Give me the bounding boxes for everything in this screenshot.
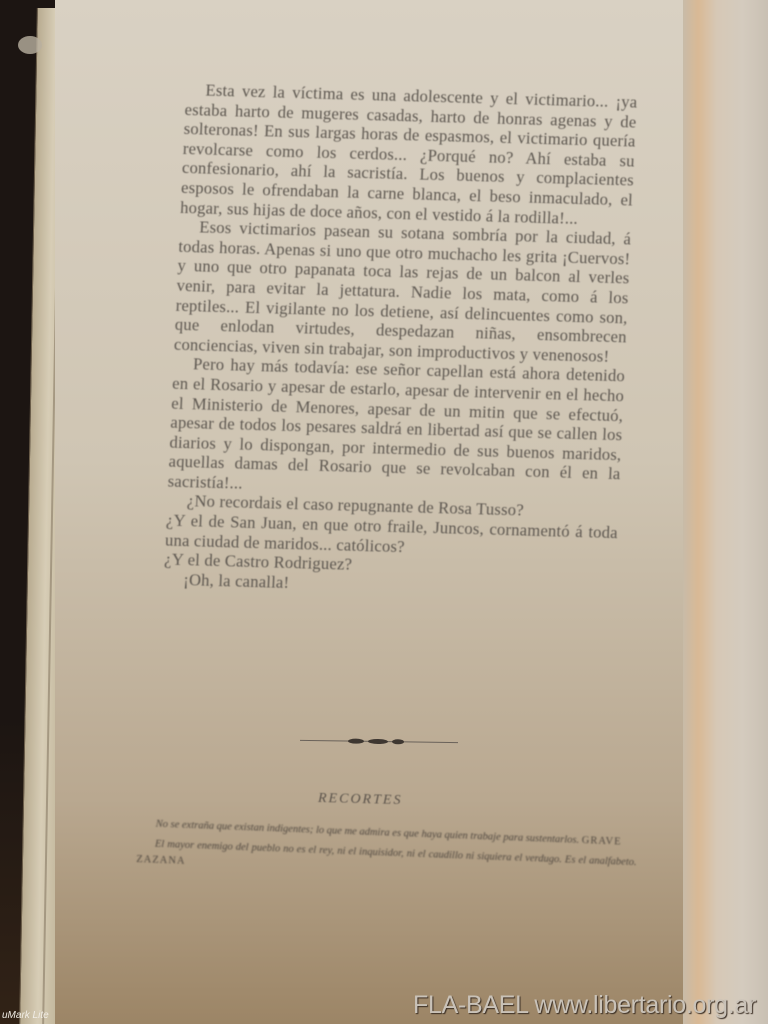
section-title: RECORTES: [318, 791, 403, 809]
quote-author: GRAVE: [582, 835, 622, 848]
paragraph: Esos victimarios pasean su sotana sombrí…: [174, 217, 632, 367]
paragraph: Esta vez la víctima es una adolescente y…: [180, 80, 638, 230]
body-text: Esta vez la víctima es una adolescente y…: [163, 80, 638, 602]
ornament-dot: [392, 739, 404, 744]
watermark: FLA-BAEL www.libertario.org.ar: [413, 991, 756, 1020]
quote-author: ZAZANA: [136, 854, 186, 867]
paragraph: Pero hay más todavía: ese señor capellan…: [167, 354, 625, 504]
binding-pin-icon: [18, 36, 42, 54]
ornament-dot: [348, 739, 364, 744]
book-gutter: [683, 0, 768, 1024]
ornament-dot: [368, 739, 388, 744]
camera-label: uMark Lite: [2, 1010, 49, 1021]
